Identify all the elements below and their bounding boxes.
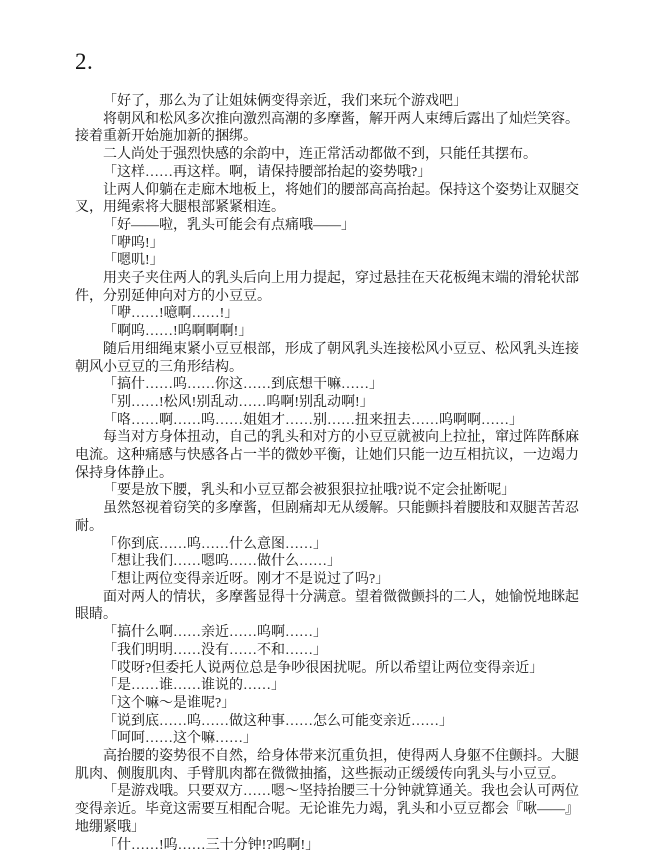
paragraph: 「别……!松风!别乱动……呜啊!别乱动啊!」	[75, 394, 579, 412]
document-page: 2. 「好了，那么为了让姐妹俩变得亲近，我们来玩个游戏吧」将朝风和松风多次推向激…	[0, 0, 650, 850]
paragraph: 「好了，那么为了让姐妹俩变得亲近，我们来玩个游戏吧」	[75, 93, 579, 111]
paragraph: 「是……谁……谁说的……」	[75, 677, 579, 695]
page-body: 「好了，那么为了让姐妹俩变得亲近，我们来玩个游戏吧」将朝风和松风多次推向激烈高潮…	[75, 93, 579, 850]
paragraph: 「想让我们……嗯呜……做什么……」	[75, 553, 579, 571]
paragraph: 让两人仰躺在走廊木地板上，将她们的腰部高高抬起。保持这个姿势让双腿交叉，用绳索将…	[75, 182, 579, 217]
paragraph: 面对两人的情状，多摩酱显得十分满意。望着微微颤抖的二人，她愉悦地眯起眼睛。	[75, 589, 579, 624]
paragraph: 「是游戏哦。只要双方……嗯～坚持抬腰三十分钟就算通关。我也会认可两位变得亲近。毕…	[75, 783, 579, 836]
paragraph: 「嗯叽!」	[75, 252, 579, 270]
paragraph: 「什……!呜……三十分钟!?呜啊!」	[75, 837, 579, 850]
paragraph: 「咿呜!」	[75, 235, 579, 253]
paragraph: 「啊呜……!呜啊啊啊!」	[75, 323, 579, 341]
paragraph: 「好——啦，乳头可能会有点痛哦——」	[75, 217, 579, 235]
paragraph: 「要是放下腰，乳头和小豆豆都会被狠狠拉扯哦?说不定会扯断呢」	[75, 482, 579, 500]
paragraph: 高抬腰的姿势很不自然，给身体带来沉重负担，使得两人身躯不住颤抖。大腿肌肉、侧腹肌…	[75, 748, 579, 783]
paragraph: 「你到底……呜……什么意图……」	[75, 536, 579, 554]
paragraph: 「呵呵……这个嘛……」	[75, 730, 579, 748]
paragraph: 「搞什么啊……亲近……呜啊……」	[75, 624, 579, 642]
paragraph: 「咿……!噫啊……!」	[75, 305, 579, 323]
paragraph: 「我们明明……没有……不和……」	[75, 642, 579, 660]
paragraph: 「这个嘛～是谁呢?」	[75, 695, 579, 713]
paragraph: 随后用细绳束紧小豆豆根部，形成了朝风乳头连接松风小豆豆、松风乳头连接朝风小豆豆的…	[75, 341, 579, 376]
paragraph: 「想让两位变得亲近呀。刚才不是说过了吗?」	[75, 571, 579, 589]
paragraph: 「说到底……呜……做这种事……怎么可能变亲近……」	[75, 713, 579, 731]
section-number: 2.	[75, 50, 579, 74]
paragraph: 虽然怒视着窃笑的多摩酱，但剧痛却无从缓解。只能颤抖着腰肢和双腿苦苦忍耐。	[75, 500, 579, 535]
paragraph: 「搞什……呜……你这……到底想干嘛……」	[75, 376, 579, 394]
paragraph: 「哎呀?但委托人说两位总是争吵很困扰呢。所以希望让两位变得亲近」	[75, 660, 579, 678]
paragraph: 「这样……再这样。啊，请保持腰部抬起的姿势哦?」	[75, 164, 579, 182]
paragraph: 每当对方身体扭动，自己的乳头和对方的小豆豆就被向上拉扯，窜过阵阵酥麻电流。这种痛…	[75, 429, 579, 482]
paragraph: 「咯……啊……呜……姐姐才……别……扭来扭去……呜啊啊……」	[75, 412, 579, 430]
paragraph: 用夹子夹住两人的乳头后向上用力提起，穿过悬挂在天花板绳末端的滑轮状部件，分别延伸…	[75, 270, 579, 305]
paragraph: 二人尚处于强烈快感的余韵中，连正常活动都做不到，只能任其摆布。	[75, 146, 579, 164]
paragraph: 将朝风和松风多次推向激烈高潮的多摩酱，解开两人束缚后露出了灿烂笑容。接着重新开始…	[75, 111, 579, 146]
